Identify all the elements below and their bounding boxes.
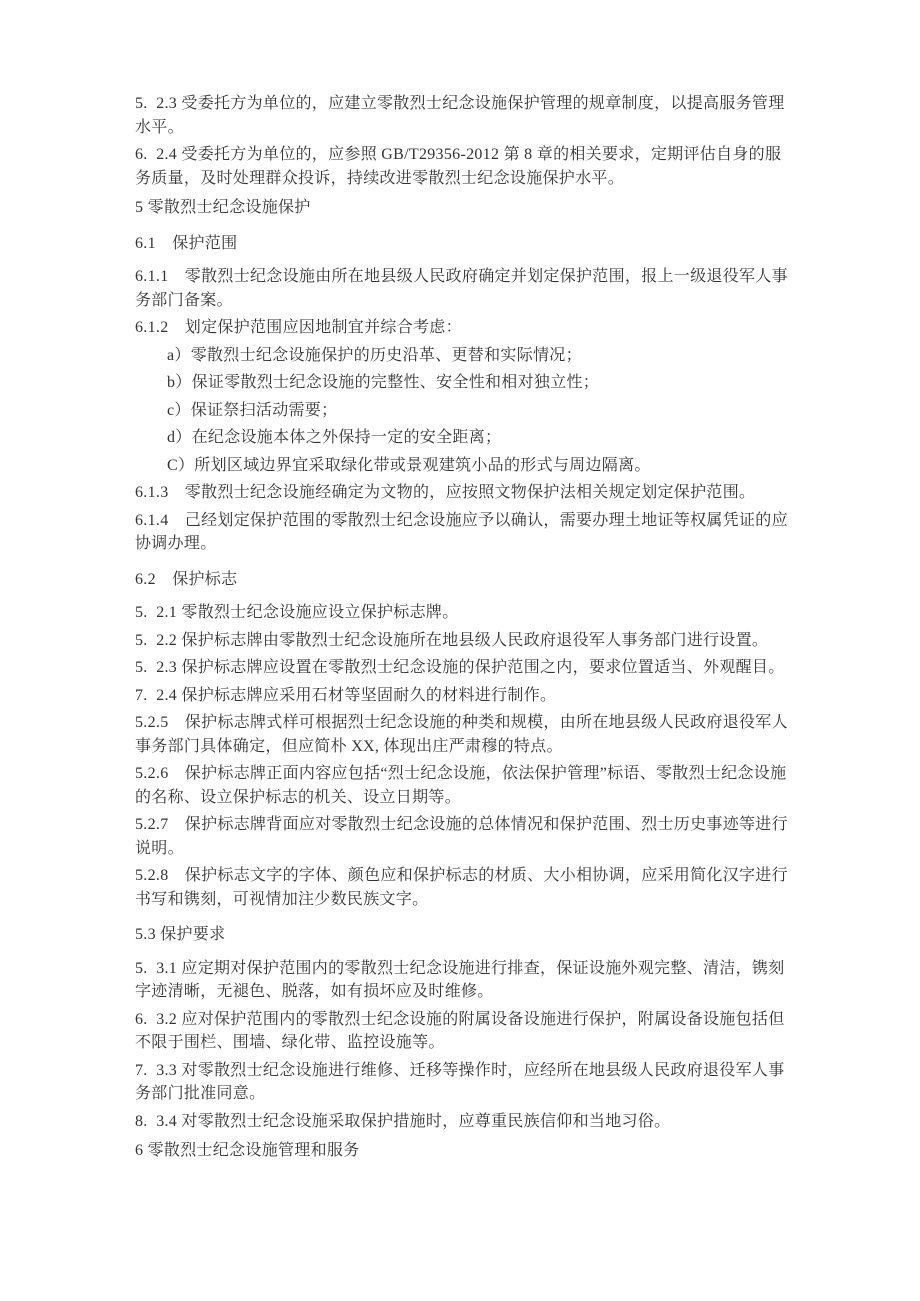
clause-3-1-inspection: 5. 3.1 应定期对保护范围内的零散烈士纪念设施进行排查，保证设施外观完整、清… xyxy=(135,957,792,1004)
document-content: 5. 2.3 受委托方为单位的，应建立零散烈士纪念设施保护管理的规章制度，以提高… xyxy=(135,92,792,1163)
heading-section-6-2: 6.2 保护标志 xyxy=(135,568,792,592)
clause-5-2-8: 5.2.8 保护标志文字的字体、颜色应和保护标志的材质、大小相协调，应采用简化汉… xyxy=(135,864,792,911)
clause-5-2-7: 5.2.7 保护标志牌背面应对零散烈士纪念设施的总体情况和保护范围、烈士历史事迹… xyxy=(135,813,792,860)
clause-2-2-sign: 5. 2.2 保护标志牌由零散烈士纪念设施所在地县级人民政府退役军人事务部门进行… xyxy=(135,629,792,653)
clause-6-1-4: 6.1.4 己经划定保护范围的零散烈士纪念设施应予以确认，需要办理土地证等权属凭… xyxy=(135,509,792,556)
clause-3-3-repair: 7. 3.3 对零散烈士纪念设施进行维修、迁移等操作时，应经所在地县级人民政府退… xyxy=(135,1059,792,1106)
heading-chapter-5: 5 零散烈士纪念设施保护 xyxy=(135,196,792,220)
clause-5-2-6: 5.2.6 保护标志牌正面内容应包括“烈士纪念设施，依法保护管理”标语、零散烈士… xyxy=(135,762,792,809)
clause-3-2-auxiliary: 6. 3.2 应对保护范围内的零散烈士纪念设施的附属设备设施进行保护，附属设备设… xyxy=(135,1008,792,1055)
heading-chapter-6: 6 零散烈士纪念设施管理和服务 xyxy=(135,1139,792,1163)
heading-section-6-1: 6.1 保护范围 xyxy=(135,232,792,256)
clause-6-1-2: 6.1.2 划定保护范围应因地制宜并综合考虑： xyxy=(135,316,792,340)
list-item-d: d）在纪念设施本体之外保持一定的安全距离； xyxy=(167,426,792,450)
clause-2-4-delegated-unit: 6. 2.4 受委托方为单位的，应参照 GB/T29356-2012 第 8 章… xyxy=(135,143,792,190)
clause-3-4-customs: 8. 3.4 对零散烈士纪念设施采取保护措施时，应尊重民族信仰和当地习俗。 xyxy=(135,1110,792,1134)
list-item-c-upper: C）所划区域边界宜采取绿化带或景观建筑小品的形式与周边隔离。 xyxy=(167,454,792,478)
clause-5-2-5: 5.2.5 保护标志牌式样可根据烈士纪念设施的种类和规模，由所在地县级人民政府退… xyxy=(135,711,792,758)
heading-section-5-3: 5.3 保护要求 xyxy=(135,923,792,947)
clause-2-4-sign: 7. 2.4 保护标志牌应采用石材等坚固耐久的材料进行制作。 xyxy=(135,684,792,708)
clause-2-3-sign: 5. 2.3 保护标志牌应设置在零散烈士纪念设施的保护范围之内，要求位置适当、外… xyxy=(135,656,792,680)
clause-2-1-sign: 5. 2.1 零散烈士纪念设施应设立保护标志牌。 xyxy=(135,601,792,625)
clause-2-3-delegated-unit: 5. 2.3 受委托方为单位的，应建立零散烈士纪念设施保护管理的规章制度，以提高… xyxy=(135,92,792,139)
document-page: 5. 2.3 受委托方为单位的，应建立零散烈士纪念设施保护管理的规章制度，以提高… xyxy=(0,0,920,1301)
list-item-a: a）零散烈士纪念设施保护的历史沿革、更替和实际情况； xyxy=(167,344,792,368)
clause-6-1-1: 6.1.1 零散烈士纪念设施由所在地县级人民政府确定并划定保护范围，报上一级退役… xyxy=(135,265,792,312)
list-item-b: b）保证零散烈士纪念设施的完整性、安全性和相对独立性； xyxy=(167,371,792,395)
clause-6-1-3: 6.1.3 零散烈士纪念设施经确定为文物的，应按照文物保护法相关规定划定保护范围… xyxy=(135,481,792,505)
list-item-c: c）保证祭扫活动需要； xyxy=(167,399,792,423)
